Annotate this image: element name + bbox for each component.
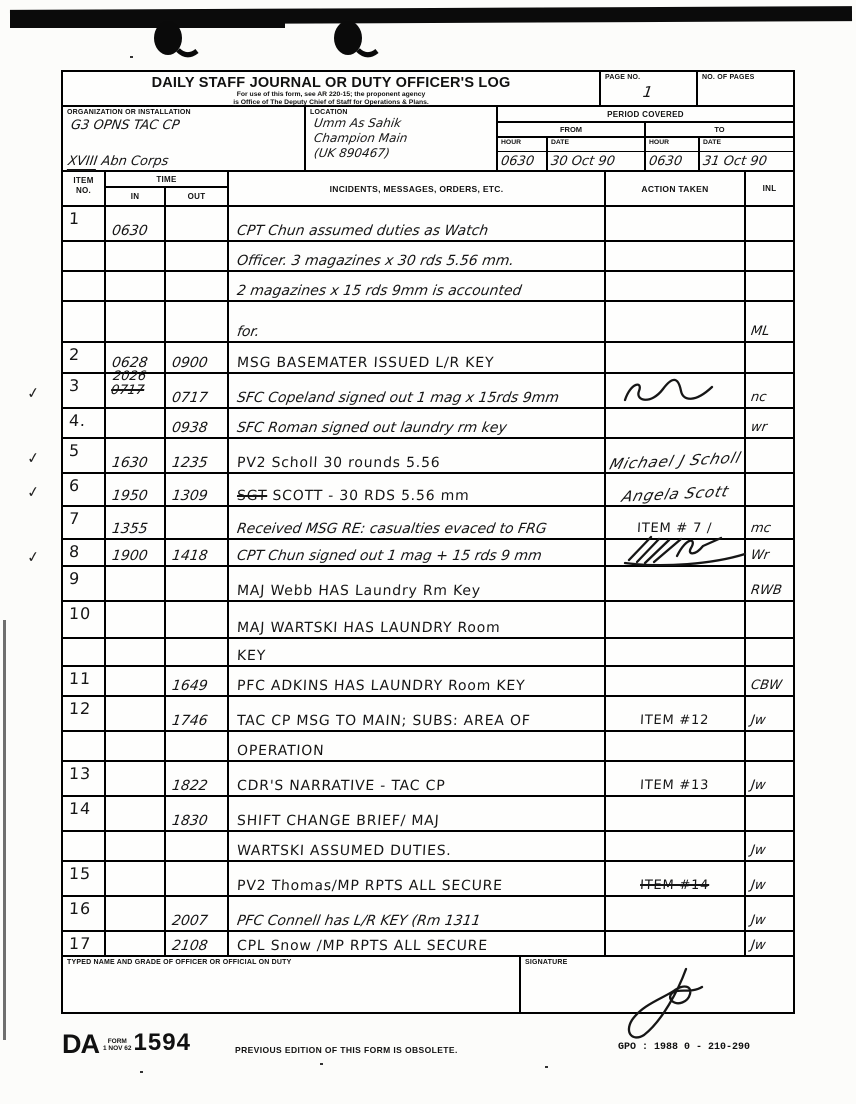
time-out-value: 1309	[171, 488, 209, 504]
incident-cell: PFC Connell has L/R KEY (Rm 1311	[229, 897, 606, 930]
incident-text: 2 magazines x 15 rds 9mm is accounted	[236, 283, 523, 299]
form-number: 1594	[134, 1032, 191, 1055]
action-cell	[606, 932, 746, 955]
item-no-cell: 4.	[63, 409, 106, 437]
time-in-value: 2026	[112, 370, 147, 384]
item-no-cell: 11	[63, 667, 106, 695]
initials-value: Jw	[750, 913, 767, 928]
time-in-cell: 1900	[106, 540, 166, 565]
time-out-cell: 2007	[166, 897, 229, 930]
duty-officer-signature	[606, 963, 721, 1050]
incident-cell: WARTSKI ASSUMED DUTIES.	[229, 832, 606, 860]
incident-cell: SHIFT CHANGE BRIEF/ MAJ	[229, 797, 606, 830]
initials-cell	[746, 439, 793, 472]
incident-text: CPT Chun assumed duties as Watch	[236, 223, 489, 239]
item-no-value: 14	[69, 799, 92, 818]
incident-text: WARTSKI ASSUMED DUTIES.	[237, 843, 452, 859]
period-covered-label: PERIOD COVERED	[498, 107, 793, 123]
time-out-value: 0717	[171, 390, 209, 406]
initials-cell	[746, 797, 793, 830]
log-row: 2 magazines x 15 rds 9mm is accounted	[63, 272, 793, 302]
time-out-value: 1746	[171, 713, 209, 729]
incident-cell: CPT Chun assumed duties as Watch	[229, 207, 606, 240]
initials-value: Jw	[750, 713, 767, 728]
page-no-cell: PAGE NO. 1	[601, 72, 698, 105]
typed-name-label: TYPED NAME AND GRADE OF OFFICER OR OFFIC…	[63, 957, 519, 966]
time-in-cell	[106, 272, 166, 300]
time-in-cell: 1355	[106, 507, 166, 538]
time-in-cell	[106, 409, 166, 437]
incident-cell: 2 magazines x 15 rds 9mm is accounted	[229, 272, 606, 300]
from-hour-label: HOUR	[498, 138, 548, 152]
initials-value: Jw	[750, 778, 767, 793]
item-no-value: 2	[69, 345, 81, 364]
time-in-struck-value: 0717	[110, 383, 145, 397]
signature-scribble	[621, 532, 749, 566]
action-cell: Michael J Scholl	[606, 439, 746, 472]
time-label: TIME	[106, 172, 227, 188]
initials-cell: RWB	[746, 567, 793, 600]
time-in-cell: 20260717	[106, 374, 166, 407]
incident-text: MAJ WARTSKI HAS LAUNDRY Room	[237, 620, 501, 636]
from-date-label: DATE	[548, 138, 646, 152]
action-cell	[606, 409, 746, 437]
log-row: OPERATION	[63, 732, 793, 762]
log-row: 12 1746 TAC CP MSG TO MAIN; SUBS: AREA O…	[63, 697, 793, 732]
incident-text: TAC CP MSG TO MAIN; SUBS: AREA OF	[237, 713, 531, 729]
action-cell	[606, 242, 746, 270]
initials-value: Jw	[750, 878, 767, 893]
time-out-value: 2108	[171, 938, 209, 954]
item-no-value: 11	[69, 669, 92, 688]
item-no-value: 13	[69, 764, 92, 783]
incidents-header: INCIDENTS, MESSAGES, ORDERS, ETC.	[229, 172, 606, 205]
log-row: 6 1950 1309 SGT SCOTT - 30 RDS 5.56 mm A…	[63, 474, 793, 507]
incident-text: CDR'S NARRATIVE - TAC CP	[237, 778, 446, 794]
signature-scribble	[621, 378, 716, 408]
item-no-value: 6	[69, 476, 81, 495]
check-mark: ✓	[26, 448, 41, 468]
action-taken-text: Angela Scott	[619, 482, 731, 505]
log-table-header: ITEM NO. TIME IN OUT INCIDENTS, MESSAGES…	[63, 172, 793, 207]
organization-cell: ORGANIZATION OR INSTALLATION G3 OPNS TAC…	[63, 107, 306, 170]
from-hour-value: 0630	[498, 152, 548, 170]
incident-cell: CPT Chun signed out 1 mag + 15 rds 9 mm	[229, 540, 606, 565]
log-row: 14 1830 SHIFT CHANGE BRIEF/ MAJ	[63, 797, 793, 832]
time-out-cell	[166, 302, 229, 341]
time-in-cell	[106, 242, 166, 270]
initials-value: nc	[750, 390, 767, 405]
time-out-cell: 1309	[166, 474, 229, 505]
item-no-cell: 1	[63, 207, 106, 240]
incident-cell: PFC ADKINS HAS LAUNDRY Room KEY	[229, 667, 606, 695]
item-no-cell: 3	[63, 374, 106, 407]
initials-value: wr	[750, 420, 768, 435]
to-hour-label: HOUR	[646, 138, 700, 152]
item-no-cell	[63, 302, 106, 341]
da-form-1594: DAILY STAFF JOURNAL OR DUTY OFFICER'S LO…	[61, 70, 795, 1014]
item-no-cell: 8	[63, 540, 106, 565]
action-cell	[606, 832, 746, 860]
time-out-value: 0900	[171, 355, 209, 371]
incident-cell: PV2 Scholl 30 rounds 5.56	[229, 439, 606, 472]
location-line: (UK 890467)	[313, 146, 497, 161]
incident-text: PFC Connell has L/R KEY (Rm 1311	[236, 913, 482, 929]
incident-text: CPT Chun signed out 1 mag + 15 rds 9 mm	[236, 548, 543, 564]
initials-cell: CBW	[746, 667, 793, 695]
action-cell	[606, 343, 746, 372]
log-row: 9 MAJ Webb HAS Laundry Rm Key RWB	[63, 567, 793, 602]
scan-edge-bar-step	[10, 21, 285, 28]
action-cell: ITEM #13	[606, 762, 746, 795]
incident-text: MAJ Webb HAS Laundry Rm Key	[237, 583, 482, 599]
scan-speck	[320, 1063, 323, 1065]
time-out-value: 1418	[171, 548, 209, 564]
time-out-label: OUT	[166, 188, 227, 205]
log-row: 5 1630 1235 PV2 Scholl 30 rounds 5.56 Mi…	[63, 439, 793, 474]
location-line: Champion Main	[313, 131, 497, 146]
incident-text: CPL Snow /MP RPTS ALL SECURE	[237, 938, 489, 954]
form-info-band: ORGANIZATION OR INSTALLATION G3 OPNS TAC…	[63, 107, 793, 172]
item-no-cell: 16	[63, 897, 106, 930]
to-date-label: DATE	[700, 138, 793, 152]
log-table-body: 1 0630 CPT Chun assumed duties as Watch …	[63, 207, 793, 957]
item-no-cell: 5	[63, 439, 106, 472]
time-out-cell	[166, 567, 229, 600]
initials-cell: Jw	[746, 932, 793, 955]
item-no-value: 17	[69, 934, 92, 953]
item-no-value: 9	[69, 569, 81, 588]
incident-text: MSG BASEMATER ISSUED L/R KEY	[237, 355, 495, 371]
organization-label: ORGANIZATION OR INSTALLATION	[63, 107, 304, 116]
incident-cell: SGT SCOTT - 30 RDS 5.56 mm	[229, 474, 606, 505]
log-row: 17 2108 CPL Snow /MP RPTS ALL SECURE Jw	[63, 932, 793, 957]
incident-text: SFC Roman signed out laundry rm key	[236, 420, 508, 436]
action-cell	[606, 207, 746, 240]
location-line: Umm As Sahik	[313, 116, 497, 131]
time-out-value: 1235	[171, 455, 209, 471]
time-in-cell	[106, 762, 166, 795]
action-cell	[606, 797, 746, 830]
time-out-cell	[166, 862, 229, 895]
action-cell	[606, 639, 746, 665]
period-values-row: 0630 30 Oct 90 0630 31 Oct 90	[498, 152, 793, 170]
incident-text: Received MSG RE: casualties evaced to FR…	[236, 521, 548, 537]
log-row: 11 1649 PFC ADKINS HAS LAUNDRY Room KEY …	[63, 667, 793, 697]
time-out-cell	[166, 272, 229, 300]
time-in-cell	[106, 897, 166, 930]
initials-value: RWB	[750, 583, 783, 598]
initials-cell	[746, 732, 793, 760]
initials-cell: Jw	[746, 697, 793, 730]
time-out-cell: 1418	[166, 540, 229, 565]
item-no-header: ITEM NO.	[63, 172, 106, 205]
time-in-cell	[106, 932, 166, 955]
item-no-cell	[63, 639, 106, 665]
action-cell: Angela Scott	[606, 474, 746, 505]
time-out-cell: 1746	[166, 697, 229, 730]
signature-cell: SIGNATURE	[521, 957, 793, 1012]
time-out-cell: 1822	[166, 762, 229, 795]
time-in-value: 0630	[111, 223, 149, 239]
incident-cell: MAJ WARTSKI HAS LAUNDRY Room	[229, 602, 606, 637]
time-in-cell	[106, 567, 166, 600]
action-cell	[606, 540, 746, 565]
item-no-value: 15	[69, 864, 92, 883]
time-out-cell	[166, 639, 229, 665]
time-out-cell: 1235	[166, 439, 229, 472]
action-cell: ITEM #12	[606, 697, 746, 730]
form-edition: FORM 1 NOV 62	[103, 1038, 132, 1052]
item-no-cell	[63, 242, 106, 270]
log-row: 13 1822 CDR'S NARRATIVE - TAC CP ITEM #1…	[63, 762, 793, 797]
incident-cell: SFC Roman signed out laundry rm key	[229, 409, 606, 437]
time-out-value: 1822	[171, 778, 209, 794]
struck-word: SGT	[237, 488, 268, 504]
item-no-cell: 12	[63, 697, 106, 730]
initials-cell: Jw	[746, 762, 793, 795]
incident-cell: SFC Copeland signed out 1 mag x 15rds 9m…	[229, 374, 606, 407]
scan-speck	[130, 56, 133, 58]
time-out-cell: 2108	[166, 932, 229, 955]
log-row: WARTSKI ASSUMED DUTIES. Jw	[63, 832, 793, 862]
initials-cell	[746, 272, 793, 300]
item-no-cell	[63, 272, 106, 300]
time-in-cell	[106, 302, 166, 341]
initials-cell: Jw	[746, 862, 793, 895]
item-no-cell	[63, 832, 106, 860]
incident-cell: PV2 Thomas/MP RPTS ALL SECURE	[229, 862, 606, 895]
time-in-cell	[106, 697, 166, 730]
log-row: 15 PV2 Thomas/MP RPTS ALL SECURE ITEM #1…	[63, 862, 793, 897]
action-taken-text: Michael J Scholl	[607, 449, 743, 474]
from-label: FROM	[498, 123, 646, 136]
log-row: for. ML	[63, 302, 793, 343]
item-no-cell: 14	[63, 797, 106, 830]
item-no-cell: 10	[63, 602, 106, 637]
log-row: 4. 0938 SFC Roman signed out laundry rm …	[63, 409, 793, 439]
from-date-value: 30 Oct 90	[548, 152, 646, 170]
scan-speck	[140, 1071, 143, 1073]
initials-cell	[746, 602, 793, 637]
incident-text: PFC ADKINS HAS LAUNDRY Room KEY	[237, 678, 526, 694]
location-cell: LOCATION Umm As Sahik Champion Main (UK …	[306, 107, 498, 170]
incident-cell: CPL Snow /MP RPTS ALL SECURE	[229, 932, 606, 955]
action-taken-text: ITEM #13	[640, 778, 710, 793]
time-in-cell	[106, 602, 166, 637]
time-in-cell: 1630	[106, 439, 166, 472]
time-in-cell: 0628	[106, 343, 166, 372]
form-footer-band: TYPED NAME AND GRADE OF OFFICER OR OFFIC…	[63, 957, 793, 1012]
log-row: 3 20260717 0717 SFC Copeland signed out …	[63, 374, 793, 409]
action-cell	[606, 302, 746, 341]
incident-cell: MSG BASEMATER ISSUED L/R KEY	[229, 343, 606, 372]
time-out-value: 2007	[171, 913, 209, 929]
action-taken-header: ACTION TAKEN	[606, 172, 746, 205]
initials-value: Jw	[750, 938, 767, 953]
initials-cell	[746, 207, 793, 240]
time-out-cell: 0938	[166, 409, 229, 437]
form-subtitle: For use of this form, see AR 220-15; the…	[63, 91, 599, 107]
item-no-cell: 2	[63, 343, 106, 372]
item-no-cell: 9	[63, 567, 106, 600]
form-title-cell: DAILY STAFF JOURNAL OR DUTY OFFICER'S LO…	[63, 72, 601, 105]
initials-value: mc	[750, 521, 772, 536]
item-no-cell: 6	[63, 474, 106, 505]
period-from-to-row: FROM TO	[498, 123, 793, 138]
scanned-form-page: DAILY STAFF JOURNAL OR DUTY OFFICER'S LO…	[0, 0, 856, 1104]
item-no-value: 4.	[69, 411, 87, 430]
time-out-cell	[166, 242, 229, 270]
item-no-cell: 13	[63, 762, 106, 795]
action-cell	[606, 272, 746, 300]
time-out-cell	[166, 832, 229, 860]
signature-scribble	[606, 963, 721, 1045]
incident-text: SGT SCOTT - 30 RDS 5.56 mm	[237, 488, 470, 504]
check-mark: ✓	[26, 483, 41, 503]
item-no-cell: 15	[63, 862, 106, 895]
check-mark: ✓	[26, 547, 41, 567]
initials-cell: Wr	[746, 540, 793, 565]
action-cell	[606, 667, 746, 695]
time-in-cell	[106, 797, 166, 830]
log-row: 8 1900 1418 CPT Chun signed out 1 mag + …	[63, 540, 793, 567]
initials-cell: nc	[746, 374, 793, 407]
time-in-cell	[106, 832, 166, 860]
incident-cell: MAJ Webb HAS Laundry Rm Key	[229, 567, 606, 600]
time-out-value: 1649	[171, 678, 209, 694]
organization-unit: XVIII Abn Corps	[67, 154, 169, 169]
item-no-value: 7	[69, 509, 81, 528]
action-taken-text: ITEM #14	[640, 878, 710, 893]
initials-value: ML	[750, 324, 771, 339]
action-cell	[606, 897, 746, 930]
incident-text: PV2 Scholl 30 rounds 5.56	[237, 455, 441, 471]
scan-speck	[545, 1066, 548, 1068]
time-in-cell	[106, 862, 166, 895]
page-no-label: PAGE NO.	[601, 72, 696, 81]
initials-cell	[746, 343, 793, 372]
no-of-pages-cell: NO. OF PAGES	[698, 72, 793, 105]
initials-cell	[746, 242, 793, 270]
da-mark: DA	[62, 1032, 99, 1056]
time-in-corrected: 20260717	[110, 370, 147, 397]
check-mark: ✓	[26, 383, 41, 403]
log-row: 10 MAJ WARTSKI HAS LAUNDRY Room	[63, 602, 793, 639]
time-in-value: 1950	[111, 488, 149, 504]
location-label: LOCATION	[306, 107, 496, 116]
action-cell	[606, 374, 746, 407]
item-no-cell: 7	[63, 507, 106, 538]
item-no-value: 10	[69, 604, 92, 623]
no-of-pages-label: NO. OF PAGES	[698, 72, 793, 81]
initials-cell: ML	[746, 302, 793, 341]
organization-value: G3 OPNS TAC CP	[70, 118, 181, 133]
log-row: 16 2007 PFC Connell has L/R KEY (Rm 1311…	[63, 897, 793, 932]
initials-cell: Jw	[746, 897, 793, 930]
action-signature	[621, 532, 749, 569]
scan-edge-line	[3, 620, 6, 1040]
incident-text: OPERATION	[237, 743, 325, 759]
item-no-cell	[63, 732, 106, 760]
time-out-value: 0938	[171, 420, 209, 436]
time-in-value: 1355	[111, 521, 149, 537]
incident-cell: KEY	[229, 639, 606, 665]
incident-text: SFC Copeland signed out 1 mag x 15rds 9m…	[236, 390, 560, 406]
incident-cell: Officer. 3 magazines x 30 rds 5.56 mm.	[229, 242, 606, 270]
hour-date-row: HOUR DATE HOUR DATE	[498, 138, 793, 152]
action-cell	[606, 732, 746, 760]
binder-hole-icon	[150, 18, 202, 64]
obsolete-note: PREVIOUS EDITION OF THIS FORM IS OBSOLET…	[235, 1045, 458, 1055]
incident-cell: for.	[229, 302, 606, 341]
time-in-value: 1630	[111, 455, 149, 471]
initials-cell: Jw	[746, 832, 793, 860]
incident-text: SHIFT CHANGE BRIEF/ MAJ	[237, 813, 440, 829]
time-out-cell: 0900	[166, 343, 229, 372]
item-no-value: 16	[69, 899, 92, 918]
log-row: 2 0628 0900 MSG BASEMATER ISSUED L/R KEY	[63, 343, 793, 374]
form-title-band: DAILY STAFF JOURNAL OR DUTY OFFICER'S LO…	[63, 72, 793, 107]
time-in-value: 1900	[111, 548, 149, 564]
action-taken-text: ITEM #12	[640, 713, 710, 728]
action-cell	[606, 602, 746, 637]
time-out-cell: 0717	[166, 374, 229, 407]
log-row: Officer. 3 magazines x 30 rds 5.56 mm.	[63, 242, 793, 272]
time-out-value: 1830	[171, 813, 209, 829]
initials-value: Wr	[750, 548, 770, 563]
time-out-cell	[166, 207, 229, 240]
initials-value: Jw	[750, 843, 767, 858]
action-cell	[606, 567, 746, 600]
incident-cell: OPERATION	[229, 732, 606, 760]
time-out-cell	[166, 602, 229, 637]
time-in-cell	[106, 639, 166, 665]
action-cell: ITEM #14	[606, 862, 746, 895]
time-out-cell: 1830	[166, 797, 229, 830]
item-no-value: 5	[69, 441, 81, 460]
item-no-value: 1	[69, 209, 81, 228]
initials-cell: mc	[746, 507, 793, 538]
time-in-cell: 1950	[106, 474, 166, 505]
incident-cell: Received MSG RE: casualties evaced to FR…	[229, 507, 606, 538]
time-header: TIME IN OUT	[106, 172, 229, 205]
time-out-cell: 1649	[166, 667, 229, 695]
incident-text: Officer. 3 magazines x 30 rds 5.56 mm.	[236, 253, 515, 269]
item-no-value: 12	[69, 699, 92, 718]
time-in-label: IN	[106, 188, 166, 205]
period-covered-cell: PERIOD COVERED FROM TO HOUR DATE HOUR DA…	[498, 107, 793, 170]
initials-cell	[746, 474, 793, 505]
typed-name-cell: TYPED NAME AND GRADE OF OFFICER OR OFFIC…	[63, 957, 521, 1012]
incident-text: KEY	[237, 648, 267, 664]
form-title: DAILY STAFF JOURNAL OR DUTY OFFICER'S LO…	[63, 75, 599, 91]
time-out-cell	[166, 507, 229, 538]
time-in-cell	[106, 667, 166, 695]
item-no-cell: 17	[63, 932, 106, 955]
to-label: TO	[646, 123, 793, 136]
page-no-value: 1	[642, 83, 654, 101]
incident-text: for.	[236, 324, 261, 340]
item-no-value: 3	[69, 376, 81, 395]
time-in-cell	[106, 732, 166, 760]
to-date-value: 31 Oct 90	[700, 152, 793, 170]
time-out-cell	[166, 732, 229, 760]
to-hour-value: 0630	[646, 152, 700, 170]
inl-header: INL	[746, 172, 793, 205]
initials-cell: wr	[746, 409, 793, 437]
log-row: KEY	[63, 639, 793, 667]
